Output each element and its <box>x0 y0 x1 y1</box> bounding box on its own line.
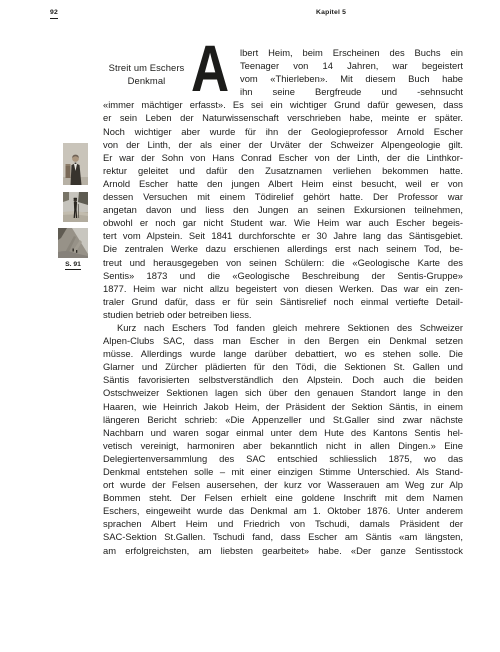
photo-rocky-slope-with-hikers <box>58 228 88 258</box>
text-line: studien betrieb oder betreiben liess. <box>103 308 463 321</box>
text-line: Säntis favorisierten selbstverständlich … <box>103 373 463 386</box>
text-line: dessen Versuchen mit einem Tödirelief ge… <box>103 190 463 203</box>
text-line: Eschers, eingeweiht wurde das Denkmal am… <box>103 504 463 517</box>
figure-caption-text: S. 91 <box>65 261 81 270</box>
text-line: treut und herausgegeben von seinen Schül… <box>103 256 463 269</box>
body-text: lbert Heim, beim Erscheinen des Buchs ei… <box>103 46 463 557</box>
text-line: müsse. Allerdings wurde lange darüber de… <box>103 347 463 360</box>
text-line: Nachbarn und waren sogar einmal unter de… <box>103 426 463 439</box>
text-line: Denkmal entstehen solle – mit einer einz… <box>103 465 463 478</box>
text-line: Delegiertenversammlung des SAC entschied… <box>103 452 463 465</box>
text-line: angetan davon und liess den Jungen an se… <box>103 203 463 216</box>
photo-standing-man-with-alpenstock <box>63 192 88 222</box>
text-line: sprachen Albert Heim und Friedrich von T… <box>103 517 463 530</box>
text-line: vetisch vereinigt, harmoniren aber bekan… <box>103 439 463 452</box>
text-line: ort wurde der Felsen ausersehen, der kur… <box>103 478 463 491</box>
text-line: ihn seine Bergfreude und -sehnsucht <box>240 85 463 98</box>
text-line: SAC-Sektion St.Gallen. Tschudi fand, das… <box>103 530 463 543</box>
text-line: Haaren, wie Heinrich Jakob Heim, der Prä… <box>103 400 463 413</box>
text-line: obwohl er noch gar nicht Student war. Wi… <box>103 216 463 229</box>
text-line: Kurz nach Eschers Tod fanden gleich mehr… <box>103 321 463 334</box>
text-line: Glarner und Zürcher plädierten für den T… <box>103 360 463 373</box>
text-line: Arnold Escher hatte den jungen Albert He… <box>103 177 463 190</box>
photo-portrait-seated-man <box>63 143 88 185</box>
text-line: er sein Leben der Naturwissenschaft vers… <box>103 111 463 124</box>
text-line: Er war der Sohn von Hans Conrad Escher v… <box>103 151 463 164</box>
text-line: längeren Bericht schrieb: «Die Appenzell… <box>103 413 463 426</box>
text-line: Noch wichtiger aber wurde für ihn der Ge… <box>103 125 463 138</box>
text-line: Ostschweizer Sektionen lagen sich über d… <box>103 386 463 399</box>
text-line: Die zentralen Werke dazu erschienen alle… <box>103 242 463 255</box>
text-line: rektur geleitet und dafür den Zusatzname… <box>103 164 463 177</box>
page-number: 92 <box>50 9 58 19</box>
text-line: Sentis» 1873 und die «Geologische Beschr… <box>103 269 463 282</box>
text-line: lbert Heim, beim Erscheinen des Buchs ei… <box>240 46 463 59</box>
text-line: Bommen steht. Der Felsen erhielt eine go… <box>103 491 463 504</box>
text-line: traler Grund dafür, dass er für sein Sän… <box>103 295 463 308</box>
text-line: tert vom Alpstein. Seit 1841 durchforsch… <box>103 229 463 242</box>
text-line: Teenager von 14 Jahren, war begeistert <box>240 59 463 72</box>
text-line: vom «Thierleben». Mit diesem Buch habe <box>240 72 463 85</box>
text-line: 1877. Heim war nicht allzu begeistert vo… <box>103 282 463 295</box>
text-line: «immer mächtiger erfasst». Es sei ein wi… <box>103 98 463 111</box>
figure-caption: S. 91 <box>56 261 90 268</box>
text-line: von der Linth, der als einer der Urväter… <box>103 138 463 151</box>
book-page: 92 Kapitel 5 Streit um Eschers Denkmal A <box>0 0 500 652</box>
text-line: am erfolgreichsten, am liebsten gearbeit… <box>103 544 463 557</box>
text-line: Alpen-Clubs SAC, dass man Escher in den … <box>103 334 463 347</box>
chapter-label: Kapitel 5 <box>316 9 346 16</box>
